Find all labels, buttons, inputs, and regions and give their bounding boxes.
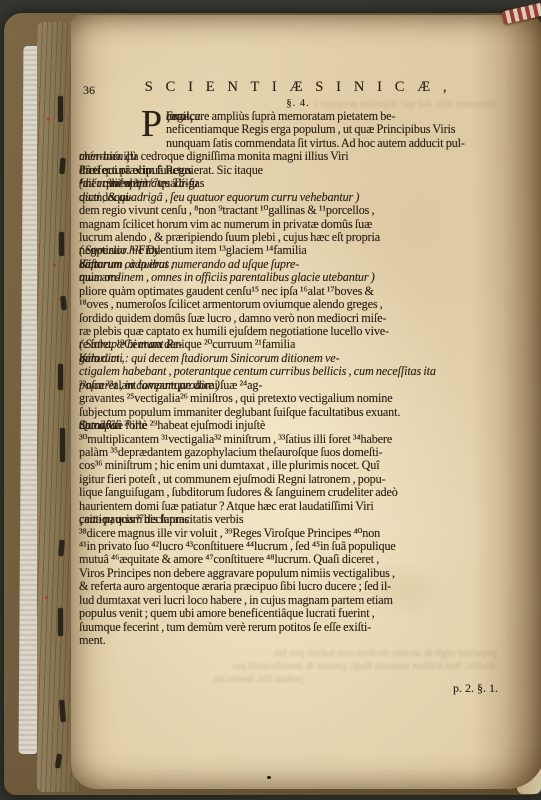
text-line: pliore quàm optimates gaudent cenſu¹⁵ ne… xyxy=(79,285,498,298)
text-line: lud dumtaxat veri lucri loco habere , in… xyxy=(79,594,498,607)
ink-speck xyxy=(267,776,271,779)
text-line: gulorum , Kím item dicti : qui decem ſta… xyxy=(79,352,498,365)
body-text: P Ergit çem-çu inculcare ampliùs ſuprà m… xyxy=(79,110,498,650)
text-line: naſtarum ordo erat , Kím dictorum , à qu… xyxy=(79,258,498,271)
book-photo: Quantum illis, ſed qui diſpenſat propria… xyxy=(0,0,541,800)
stitch-mark xyxy=(58,364,63,390)
text-line: ¹⁸oves , numeroſos ſcilicet armentorum o… xyxy=(79,298,498,311)
text-line: ³⁰multiplicantem ³¹vectigalia³² miniſtru… xyxy=(79,433,498,446)
text-line: magnam ſcilicet horum vim ac numerum in … xyxy=(79,218,498,231)
text-line: populus venit ; quem ubi amore beneficen… xyxy=(79,607,498,620)
text-line: ctigalem habebant , poterantque centum c… xyxy=(79,365,498,378)
text-line: ſuumque fecerint , tum demùm verè rerum … xyxy=(79,621,498,634)
text-line: negotiatio. ¹²Findentium item ¹³glaciem … xyxy=(79,244,498,257)
bleedthrough-line: pulum ſibi devinciat. xyxy=(103,673,303,686)
text-line: cautio ; quam declarans çem-çu , ait : p… xyxy=(79,513,498,526)
text-line: Ergit çem-çu inculcare ampliùs ſuprà mem… xyxy=(79,110,498,123)
catchword: p. 2. §. 1. xyxy=(300,681,498,696)
text-line: palàm ³⁵deprædantem gazophylacium theſau… xyxy=(79,446,498,459)
text-line: & referta auro argentoque æraria præcipu… xyxy=(79,580,498,593)
text-line: Quod ²⁷ſi ²⁸ille Satrapa domi ſuæ fortè … xyxy=(79,419,498,432)
text-line: lucrum alendo , & præripiendo ſuum plebi… xyxy=(79,231,498,244)
text-line: ment. xyxy=(79,634,498,647)
text-line: ¹mém ²hien ³çù ⁴ait : qui ⁵alunt ⁶⁷quadr… xyxy=(79,177,498,190)
section-heading: §. 4. xyxy=(95,98,501,109)
text-line: igitur fieri poteſt , ut communem ejuſmo… xyxy=(79,473,498,486)
text-line: cherrima illa cedroque digniſſima monita… xyxy=(79,150,498,163)
text-line: haurientem domi ſuæ patiatur ? Atque hæc… xyxy=(79,500,498,513)
text-line: Viros Principes non debere aggravare pop… xyxy=(79,567,498,580)
stitch-mark xyxy=(60,428,65,462)
text-line: ⁴¹in privato ſuo ⁴²lucro ⁴³conſtituere ⁴… xyxy=(79,540,498,553)
text-line: dicti , & quadrigâ , ſeu quatuor equorum… xyxy=(79,191,498,204)
text-line: cos³⁶ miniſtrum ; hic enim uni dumtaxat … xyxy=(79,459,498,472)
text-line: poſceret , in campum prodire ) ²²non ²³a… xyxy=(79,379,498,392)
text-line: ſordido quidem domûs ſuæ lucro , damno v… xyxy=(79,312,498,325)
text-line: dem regio vivunt cenſu , ⁸non ⁹tractant … xyxy=(79,204,498,217)
text-line: mutuâ ⁴⁶æquitate & amore ⁴⁷conſtituere ⁴… xyxy=(79,553,498,566)
stitch-mark xyxy=(59,232,64,256)
text-line: ³⁸dicere magnus ille vir voluit , ³⁹Rege… xyxy=(79,527,498,540)
text-line: ſubjectum populum immaniter deglubant ſu… xyxy=(79,406,498,419)
text-line: re ſolet. ¹⁹Centum denique ²⁰curruum ²¹f… xyxy=(79,338,498,351)
bleedthrough-line: dividis. Sed ſcilicet intererit Regi, pi… xyxy=(103,660,497,673)
stitch-mark xyxy=(58,608,63,636)
red-speck xyxy=(53,264,56,267)
text-line: ræ plebis quæ captato ex humili ejuſdem … xyxy=(79,325,498,338)
text-line: dicti qui præcipuâ Regni Lù Præfecturâ o… xyxy=(79,164,498,177)
red-speck xyxy=(47,118,50,121)
text-line: lique ſanguiſugam , ſubditorum ſudores &… xyxy=(79,486,498,499)
text-line: neficentiamque Regis erga populum , ut q… xyxy=(79,123,498,136)
running-title: S C I E N T I Æ S I N I C Æ , xyxy=(95,79,501,96)
page-number: 36 xyxy=(83,83,95,98)
red-speck xyxy=(45,596,48,599)
text-line: nunquam ſatis commendata ſit virtus. Ad … xyxy=(79,137,498,150)
text-line: mum ordinem , omnes in officiis parental… xyxy=(79,271,498,284)
text-line: gravantes ²⁵vectigalia²⁶ miniſtros , qui… xyxy=(79,392,498,405)
stitch-mark xyxy=(58,96,63,122)
